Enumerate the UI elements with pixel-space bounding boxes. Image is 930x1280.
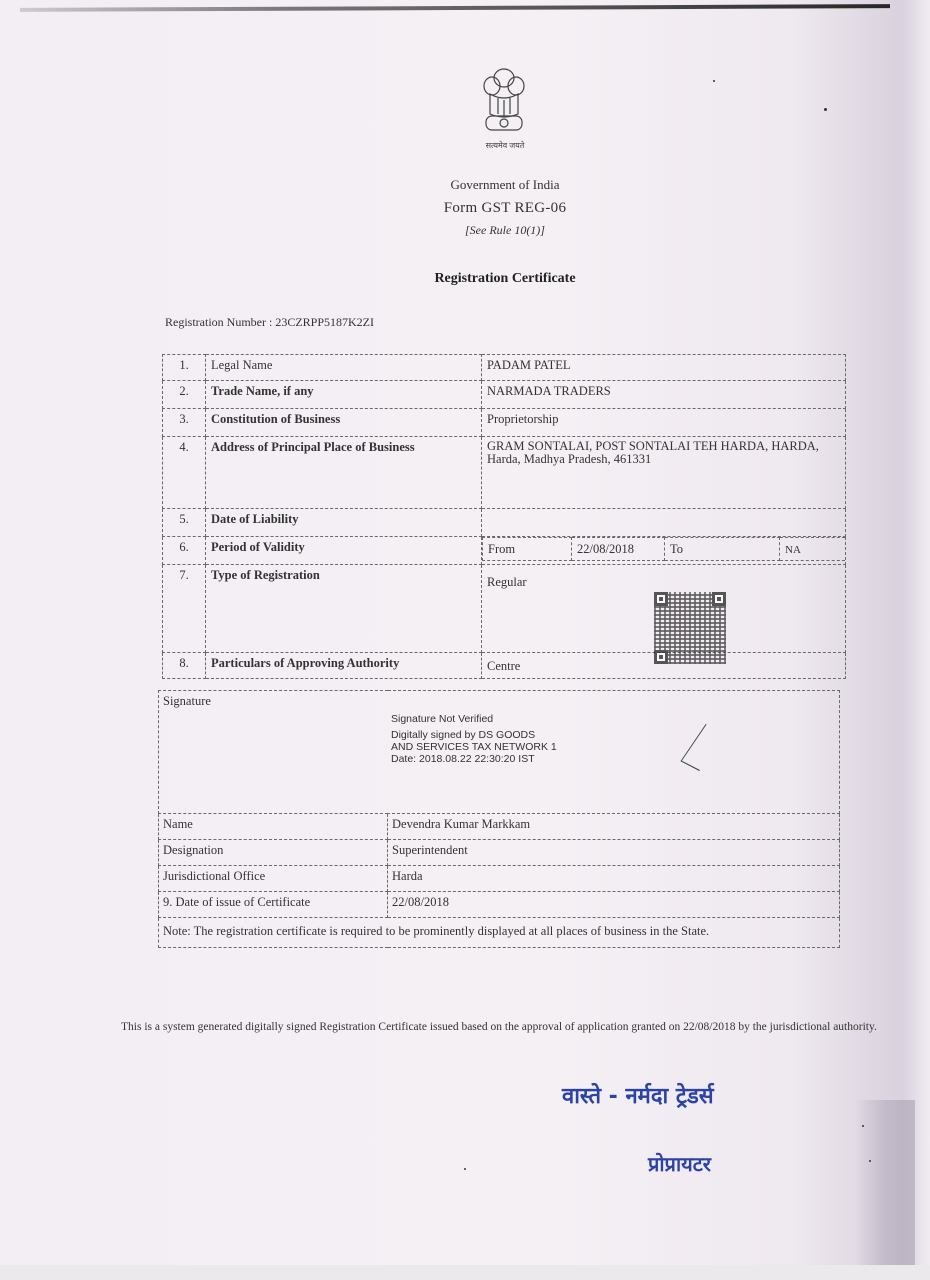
row-number: 4.	[163, 437, 206, 509]
trade-name-value: NARMADA TRADERS	[482, 381, 846, 409]
note-row: Note: The registration certificate is re…	[159, 918, 840, 948]
row-number: 6.	[163, 537, 206, 565]
officer-name-value: Devendra Kumar Markkam	[388, 814, 840, 840]
registration-number-label: Registration Number :	[165, 315, 272, 329]
row-label: Date of Liability	[206, 509, 482, 537]
table-row: 6. Period of Validity From 22/08/2018 To…	[163, 537, 846, 565]
emblem-motto: सत्यमेव जयते	[480, 140, 530, 151]
row-label: Constitution of Business	[206, 409, 482, 437]
officer-label: Designation	[159, 840, 388, 866]
scan-edge-line	[20, 4, 890, 12]
certificate-page: सत्यमेव जयते Government of India Form GS…	[0, 0, 930, 1280]
signature-status: Signature Not Verified	[391, 713, 557, 725]
checkmark-icon	[680, 724, 724, 771]
ashoka-emblem-icon	[478, 64, 530, 140]
to-date-value: NA	[780, 538, 846, 561]
from-date-value: 22/08/2018	[572, 538, 665, 561]
signature-date: Date: 2018.08.22 22:30:20 IST	[391, 753, 557, 765]
row-number: 7.	[163, 565, 206, 653]
registration-number: Registration Number : 23CZRPP5187K2ZI	[165, 315, 374, 330]
table-row: 5. Date of Liability	[163, 509, 846, 537]
officer-label: Jurisdictional Office	[159, 866, 388, 892]
row-label: Address of Principal Place of Business	[206, 437, 482, 509]
designation-value: Superintendent	[388, 840, 840, 866]
address-value: GRAM SONTALAI, POST SONTALAI TEH HARDA, …	[482, 437, 846, 509]
approval-table: Signature Signature Not Verified Digital…	[158, 690, 840, 948]
row-number: 2.	[163, 381, 206, 409]
row-label: Legal Name	[206, 355, 482, 381]
officer-row: 9. Date of issue of Certificate 22/08/20…	[159, 892, 840, 918]
signature-label: Signature	[163, 694, 211, 708]
table-row: 3. Constitution of Business Proprietorsh…	[163, 409, 846, 437]
firm-stamp-line: वास्ते - नर्मदा ट्रेडर्स	[562, 1080, 714, 1110]
qr-code-icon	[654, 592, 726, 664]
table-row: 1. Legal Name PADAM PATEL	[163, 355, 846, 381]
table-row: 7. Type of Registration Regular	[163, 565, 846, 653]
signature-line-1: Digitally signed by DS GOODS	[391, 729, 557, 741]
signature-row: Signature Signature Not Verified Digital…	[159, 691, 840, 814]
validity-subtable: From 22/08/2018 To NA	[482, 537, 845, 561]
scan-shadow	[855, 1100, 915, 1265]
validity-cell: From 22/08/2018 To NA	[482, 537, 846, 565]
row-label: Particulars of Approving Authority	[206, 653, 482, 679]
row-label: Period of Validity	[206, 537, 482, 565]
form-number: Form GST REG-06	[300, 200, 710, 217]
row-number: 8.	[163, 653, 206, 679]
scan-speck	[869, 1160, 871, 1162]
row-number: 5.	[163, 509, 206, 537]
scan-speck	[464, 1168, 466, 1170]
officer-row: Name Devendra Kumar Markkam	[159, 814, 840, 840]
scan-bottom-edge	[0, 1265, 930, 1280]
row-label: Type of Registration	[206, 565, 482, 653]
date-of-liability-value	[482, 509, 846, 537]
rule-reference: [See Rule 10(1)]	[300, 223, 710, 238]
jurisdictional-office-value: Harda	[388, 866, 840, 892]
officer-label: 9. Date of issue of Certificate	[159, 892, 388, 918]
scan-speck	[713, 80, 715, 82]
digital-signature-block: Signature Not Verified Digitally signed …	[391, 713, 557, 765]
scan-speck	[862, 1125, 864, 1127]
registration-number-value: 23CZRPP5187K2ZI	[275, 315, 374, 329]
footer-statement: This is a system generated digitally sig…	[121, 1017, 881, 1037]
scan-speck	[824, 108, 827, 111]
row-number: 3.	[163, 409, 206, 437]
document-title: Registration Certificate	[300, 271, 710, 287]
row-number: 1.	[163, 355, 206, 381]
constitution-value: Proprietorship	[482, 409, 846, 437]
to-label: To	[665, 538, 780, 561]
from-label: From	[483, 538, 572, 561]
row-label: Trade Name, if any	[206, 381, 482, 409]
issue-date-value: 22/08/2018	[388, 892, 840, 918]
government-heading: Government of India	[300, 177, 710, 193]
officer-row: Designation Superintendent	[159, 840, 840, 866]
legal-name-value: PADAM PATEL	[482, 355, 846, 381]
display-note: Note: The registration certificate is re…	[159, 918, 840, 948]
registration-details-table: 1. Legal Name PADAM PATEL 2. Trade Name,…	[162, 354, 846, 679]
signature-cell: Signature Signature Not Verified Digital…	[159, 691, 840, 814]
signature-line-2: AND SERVICES TAX NETWORK 1	[391, 741, 557, 753]
table-row: 8. Particulars of Approving Authority Ce…	[163, 653, 846, 679]
table-row: 4. Address of Principal Place of Busines…	[163, 437, 846, 509]
officer-label: Name	[159, 814, 388, 840]
table-row: 2. Trade Name, if any NARMADA TRADERS	[163, 381, 846, 409]
proprietor-stamp-line: प्रोप्रायटर	[648, 1150, 711, 1177]
officer-row: Jurisdictional Office Harda	[159, 866, 840, 892]
